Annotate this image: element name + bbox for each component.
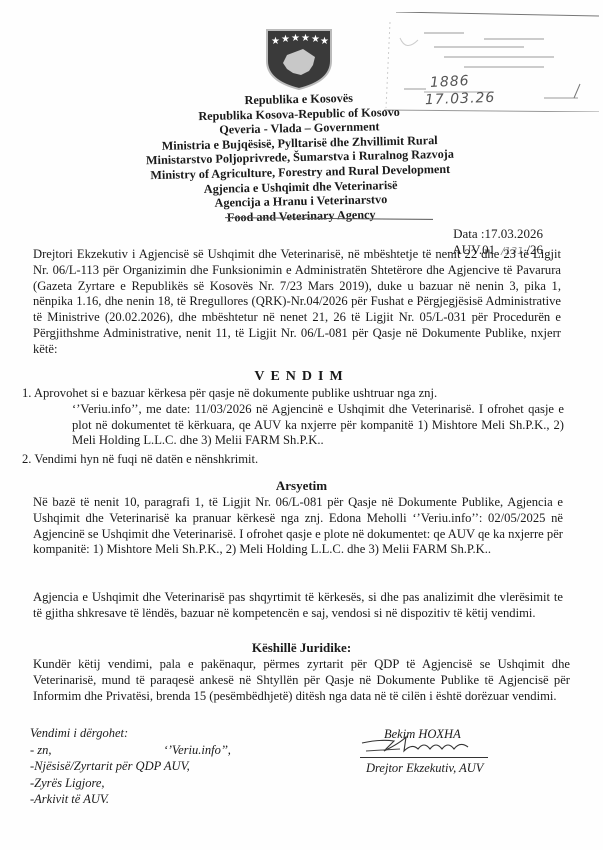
signature-line bbox=[360, 757, 488, 758]
decision-item-2-text: 2. Vendimi hyn në fuqi në datën e nënshk… bbox=[22, 452, 550, 468]
recipients-heading: Vendimi i dërgohet: bbox=[30, 725, 231, 742]
decision-item-2: 2. Vendimi hyn në fuqi në datën e nënshk… bbox=[22, 452, 550, 468]
legal-advice-paragraph: Kundër këtij vendimi, pala e pakënaqur, … bbox=[33, 657, 570, 704]
svg-text:★: ★ bbox=[301, 33, 310, 44]
reasoning-paragraph-2: Agjencia e Ushqimit dhe Veterinarisë pas… bbox=[33, 590, 563, 622]
reasoning-title: Arsyetim bbox=[0, 478, 603, 494]
svg-text:★: ★ bbox=[291, 33, 300, 44]
document-page: ★ ★ ★ ★ ★ ★ 1886 17.03.26 Republika e Ko… bbox=[0, 0, 603, 850]
reasoning-text-1: Në bazë të nenit 10, paragrafi 1, të Lig… bbox=[33, 495, 563, 558]
svg-text:★: ★ bbox=[281, 34, 290, 45]
recipient-item: - zn,‘’Veriu.info’’, bbox=[30, 742, 231, 759]
reasoning-text-2: Agjencia e Ushqimit dhe Veterinarisë pas… bbox=[33, 590, 563, 622]
date-value: 17.03.2026 bbox=[485, 226, 544, 241]
reasoning-paragraph-1: Në bazë të nenit 10, paragrafi 1, të Lig… bbox=[33, 495, 563, 558]
letterhead: Republika e Kosovës Republika Kosova-Rep… bbox=[109, 88, 492, 227]
intro-paragraph: Drejtori Ekzekutiv i Agjencisë së Ushqim… bbox=[33, 247, 561, 358]
recipient-item: -Arkivit të AUV. bbox=[30, 791, 231, 808]
recipient-name: ‘’Veriu.info’’, bbox=[164, 743, 231, 757]
legal-advice-text: Kundër këtij vendimi, pala e pakënaqur, … bbox=[33, 657, 570, 704]
decision-item-1-rest: ‘’Veriu.info’’, me date: 11/03/2026 në A… bbox=[22, 402, 564, 449]
document-date: Data :17.03.2026 bbox=[452, 226, 543, 242]
kosovo-coat-of-arms-icon: ★ ★ ★ ★ ★ ★ bbox=[263, 27, 335, 91]
recipient-prefix: - zn, bbox=[30, 743, 52, 757]
svg-text:★: ★ bbox=[320, 36, 329, 47]
legal-advice-title: Këshillë Juridike: bbox=[0, 640, 603, 656]
recipient-item: -Njësisë/Zyrtarit për QDP AUV, bbox=[30, 758, 231, 775]
date-label: Data : bbox=[453, 226, 484, 241]
recipient-item: -Zyrës Ligjore, bbox=[30, 775, 231, 792]
intro-text: Drejtori Ekzekutiv i Agjencisë së Ushqim… bbox=[33, 247, 561, 358]
decision-title: VENDIM bbox=[0, 369, 603, 385]
svg-text:★: ★ bbox=[271, 36, 280, 47]
signatory-name: Bekim HOXHA bbox=[384, 727, 461, 742]
signatory-title: Drejtor Ekzekutiv, AUV bbox=[366, 761, 483, 776]
recipients-list: Vendimi i dërgohet: - zn,‘’Veriu.info’’,… bbox=[30, 725, 231, 808]
svg-text:★: ★ bbox=[311, 34, 320, 45]
decision-item-1: 1. Aprovohet si e bazuar kërkesa për qas… bbox=[22, 386, 564, 449]
decision-item-1-first-line: 1. Aprovohet si e bazuar kërkesa për qas… bbox=[22, 386, 564, 402]
